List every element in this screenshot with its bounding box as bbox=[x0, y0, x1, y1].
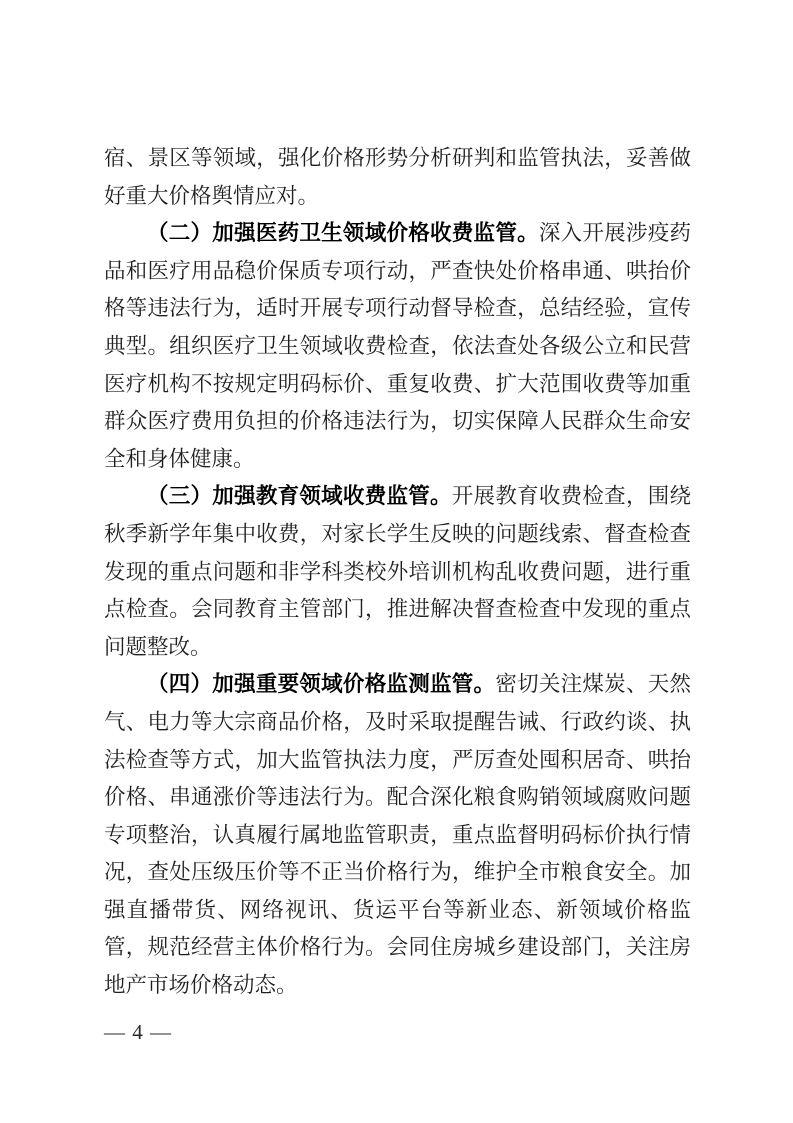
section-heading: （三）加强教育领域收费监管。 bbox=[147, 484, 452, 508]
paragraph-text: 深入开展涉疫药品和医疗用品稳价保质专项行动，严查快处价格串通、哄抬价格等违法行为… bbox=[104, 221, 691, 471]
paragraph-continuation: 宿、景区等领域，强化价格形势分析研判和监管执法，妥善做好重大价格舆情应对。 bbox=[104, 140, 691, 215]
paragraph-text: 开展教育收费检查，围绕秋季新学年集中收费，对家长学生反映的问题线索、督查检查发现… bbox=[104, 484, 691, 658]
document-body: 宿、景区等领域，强化价格形势分析研判和监管执法，妥善做好重大价格舆情应对。 （二… bbox=[104, 140, 691, 1005]
section-heading: （四）加强重要领域价格监测监管。 bbox=[147, 672, 495, 696]
paragraph-text: 密切关注煤炭、天然气、电力等大宗商品价格，及时采取提醒告诫、行政约谈、执法检查等… bbox=[104, 672, 691, 997]
section-heading: （二）加强医药卫生领域价格收费监管。 bbox=[147, 221, 539, 245]
page-number: — 4 — bbox=[104, 1019, 172, 1045]
document-page: 宿、景区等领域，强化价格形势分析研判和监管执法，妥善做好重大价格舆情应对。 （二… bbox=[0, 0, 793, 1123]
paragraph-section-2: （二）加强医药卫生领域价格收费监管。深入开展涉疫药品和医疗用品稳价保质专项行动，… bbox=[104, 215, 691, 478]
paragraph-section-4: （四）加强重要领域价格监测监管。密切关注煤炭、天然气、电力等大宗商品价格，及时采… bbox=[104, 666, 691, 1004]
paragraph-section-3: （三）加强教育领域收费监管。开展教育收费检查，围绕秋季新学年集中收费，对家长学生… bbox=[104, 478, 691, 666]
page-number-label: — 4 — bbox=[104, 1020, 172, 1044]
paragraph-text: 宿、景区等领域，强化价格形势分析研判和监管执法，妥善做好重大价格舆情应对。 bbox=[104, 146, 691, 208]
